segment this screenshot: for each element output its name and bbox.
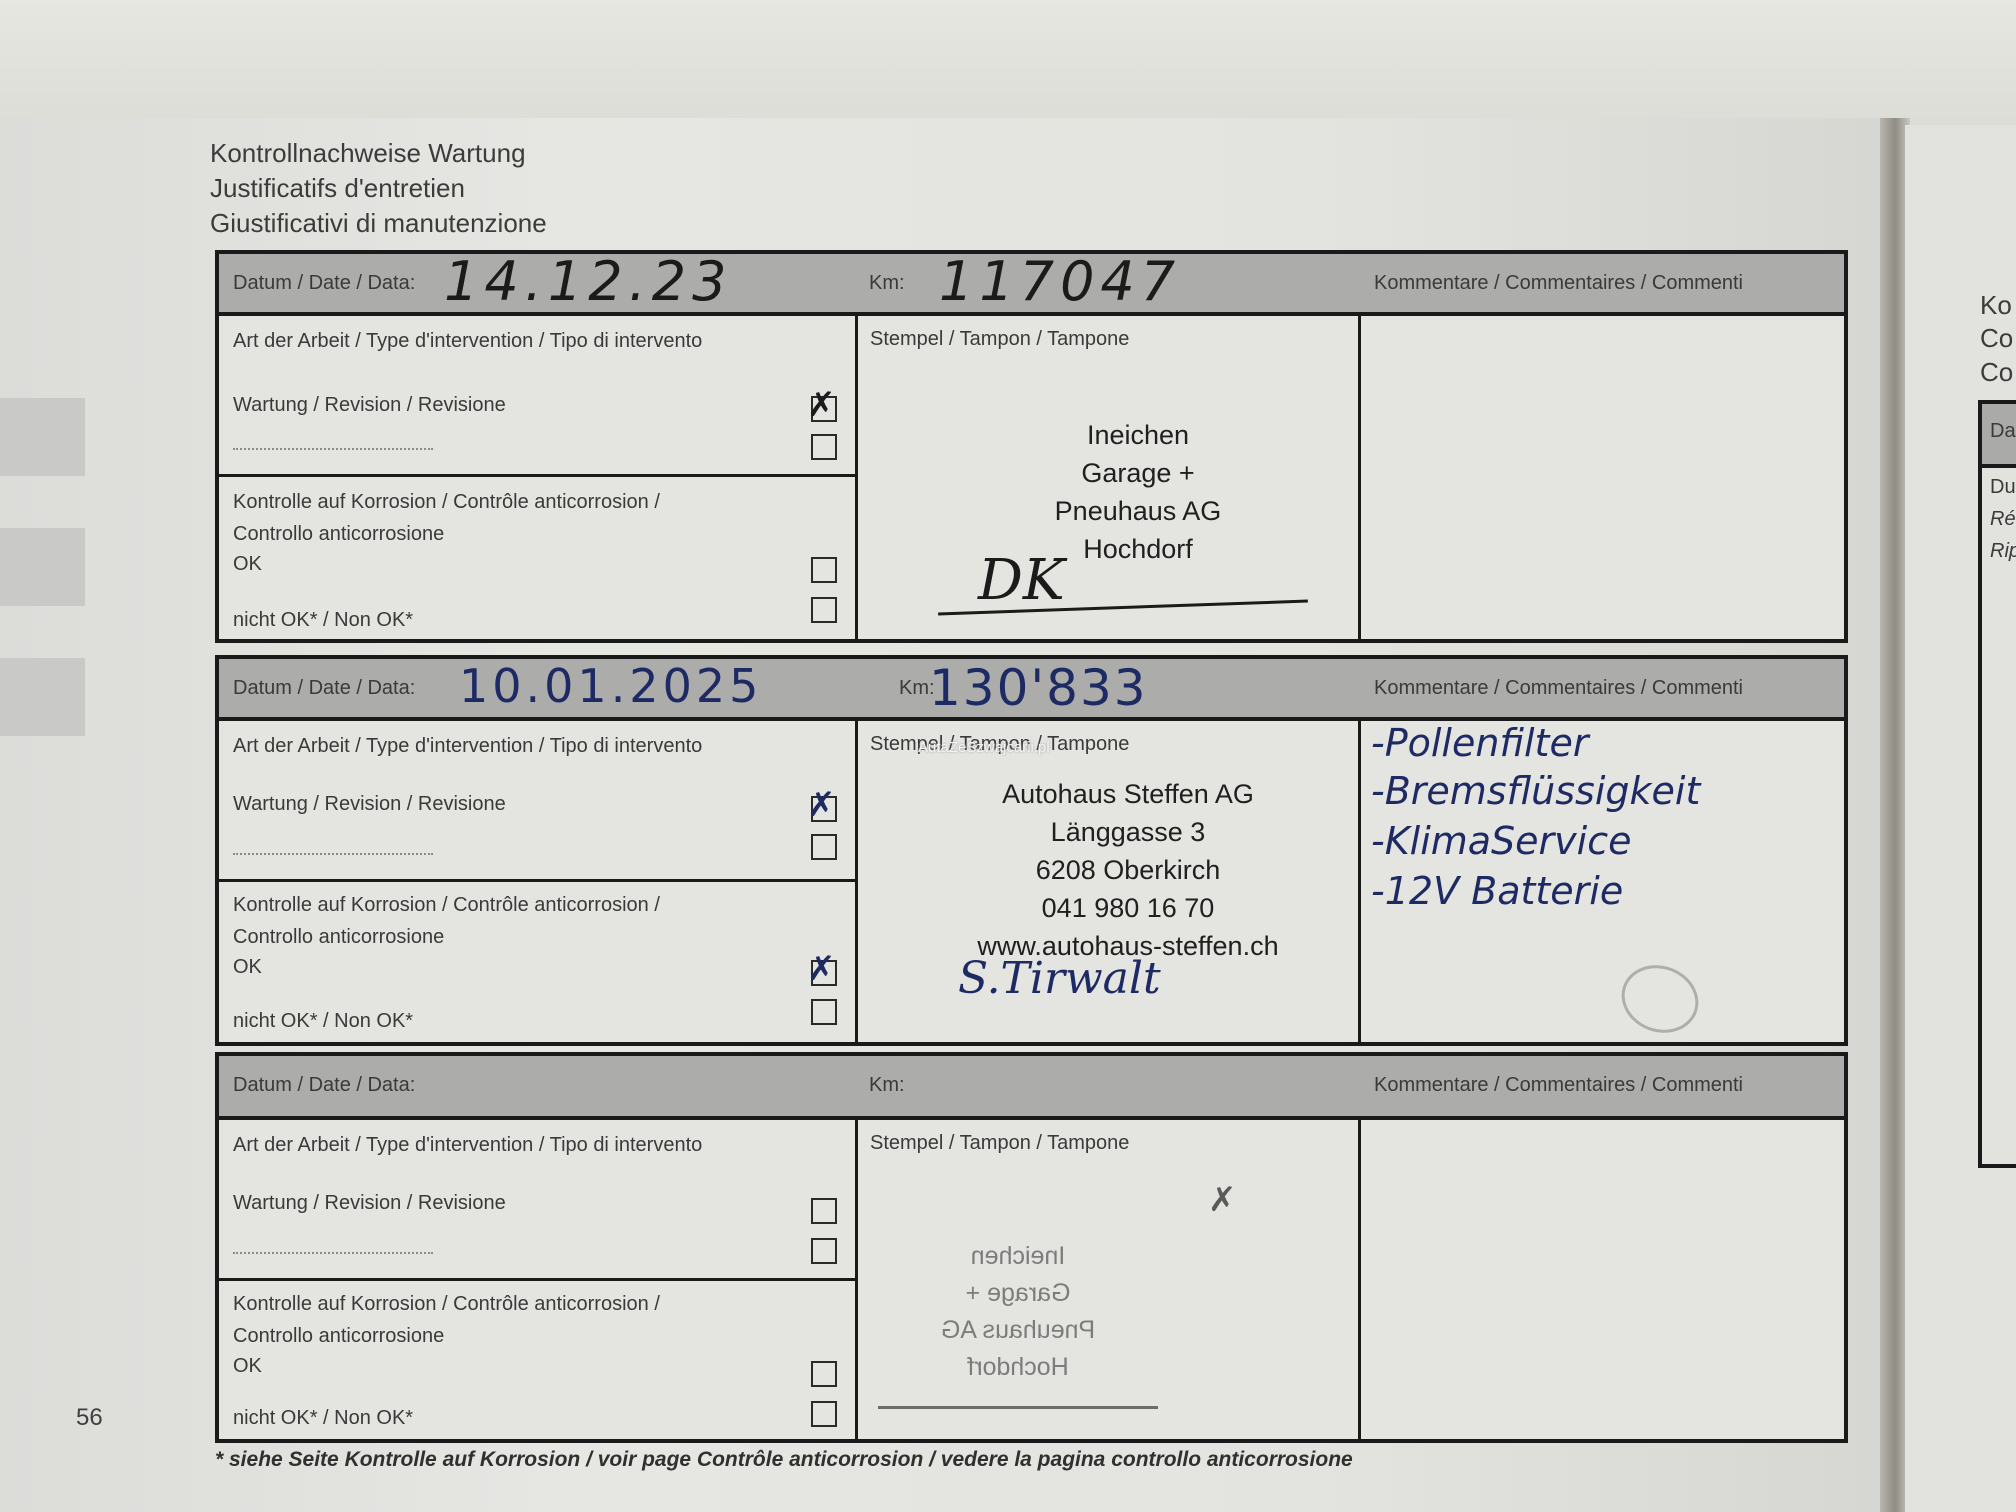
work-type-block: Art der Arbeit / Type d'intervention / T… <box>219 721 855 882</box>
service-checkbox[interactable]: ✗ <box>811 396 837 422</box>
date-value[interactable]: 14.12.23 <box>444 250 732 313</box>
corrosion-label-it: Controllo anticorrosione <box>233 1325 444 1348</box>
comments-label: Kommentare / Commentaires / Commenti <box>1374 272 1743 295</box>
signature: DK <box>978 548 1065 613</box>
dotted-fill-line <box>233 1252 433 1254</box>
corrosion-not-ok-checkbox[interactable] <box>811 1401 837 1427</box>
check-mark-icon: ✗ <box>807 788 836 822</box>
workshop-stamp: Autohaus Steffen AG Länggasse 3 6208 Obe… <box>898 775 1358 965</box>
comments-column[interactable] <box>1361 316 1844 639</box>
comments-label: Kommentare / Commentaires / Commenti <box>1374 677 1743 700</box>
right-page-body-fragment: Du Ré Rip <box>1978 464 2016 1168</box>
check-mark-icon: ✗ <box>807 952 836 986</box>
ok-label: OK <box>233 1355 262 1378</box>
service-label: Wartung / Revision / Revisione <box>233 394 506 417</box>
table-surface <box>0 0 2016 125</box>
corrosion-ok-checkbox[interactable] <box>811 557 837 583</box>
ghost-mark-icon: ✗ <box>1208 1180 1237 1220</box>
service-checkbox[interactable]: ✗ <box>811 796 837 822</box>
service-label: Wartung / Revision / Revisione <box>233 1192 506 1215</box>
corrosion-label: Kontrolle auf Korrosion / Contrôle antic… <box>233 894 660 917</box>
corrosion-label-it: Controllo anticorrosione <box>233 523 444 546</box>
corrosion-label: Kontrolle auf Korrosion / Contrôle antic… <box>233 1293 660 1316</box>
entry-header: Datum / Date / Data: 14.12.23 Km: 117047… <box>219 254 1844 316</box>
date-label: Datum / Date / Data: <box>233 677 415 700</box>
footnote: * siehe Seite Kontrolle auf Korrosion / … <box>215 1448 1353 1472</box>
edge-tab-marker <box>0 658 85 736</box>
signature: S.Tirwalt <box>958 953 1161 1004</box>
km-label: Km: <box>869 1074 905 1097</box>
document-title-it: Giustificativi di manutenzione <box>210 208 547 239</box>
corrosion-label: Kontrolle auf Korrosion / Contrôle antic… <box>233 491 660 514</box>
service-extra-checkbox[interactable] <box>811 834 837 860</box>
edge-tab-marker <box>0 398 85 476</box>
corrosion-not-ok-checkbox[interactable] <box>811 999 837 1025</box>
date-label: Datum / Date / Data: <box>233 1074 415 1097</box>
corrosion-block: Kontrolle auf Korrosion / Contrôle antic… <box>219 477 855 639</box>
comment-item: -Bremsflüssigkeit <box>1371 769 1700 813</box>
service-checkbox[interactable] <box>811 1198 837 1224</box>
not-ok-label: nicht OK* / Non OK* <box>233 609 413 632</box>
corrosion-label-it: Controllo anticorrosione <box>233 926 444 949</box>
check-mark-icon: ✗ <box>807 388 836 422</box>
date-label: Datum / Date / Data: <box>233 272 415 295</box>
edge-tab-marker <box>0 528 85 606</box>
ok-label: OK <box>233 553 262 576</box>
corrosion-not-ok-checkbox[interactable] <box>811 597 837 623</box>
service-label: Wartung / Revision / Revisione <box>233 793 506 816</box>
stamp-column: Stempel / Tampon / Tampone Ineichen Gara… <box>858 1120 1361 1439</box>
ghost-stamp-imprint: Ineichen Garage + Pneuhaus AG Hochdorf <box>678 1238 1358 1386</box>
right-page-title-fragment: Co <box>1980 323 2013 354</box>
page-number: 56 <box>76 1404 103 1432</box>
stamp-label: Stempel / Tampon / Tampone <box>870 1132 1129 1155</box>
maintenance-entry-3: Datum / Date / Data: Km: Kommentare / Co… <box>215 1052 1848 1443</box>
work-type-label: Art der Arbeit / Type d'intervention / T… <box>233 1134 702 1157</box>
work-type-label: Art der Arbeit / Type d'intervention / T… <box>233 735 702 758</box>
stamp-column: Stempel / Tampon / Tampone Ineichen Gara… <box>858 316 1361 639</box>
corrosion-ok-checkbox[interactable]: ✗ <box>811 960 837 986</box>
workshop-stamp: Ineichen Garage + Pneuhaus AG Hochdorf <box>918 416 1358 568</box>
comment-item: -Pollenfilter <box>1371 721 1588 765</box>
maintenance-entry-2: Datum / Date / Data: 10.01.2025 Km: 130'… <box>215 655 1848 1046</box>
work-type-column: Art der Arbeit / Type d'intervention / T… <box>219 721 858 1042</box>
work-type-column: Art der Arbeit / Type d'intervention / T… <box>219 316 858 639</box>
km-label: Km: <box>869 272 905 295</box>
work-type-label: Art der Arbeit / Type d'intervention / T… <box>233 330 702 353</box>
dotted-fill-line <box>233 853 433 855</box>
dotted-fill-line <box>233 448 433 450</box>
work-type-block: Art der Arbeit / Type d'intervention / T… <box>219 316 855 477</box>
ghost-signature-stroke <box>878 1406 1158 1409</box>
document-title-fr: Justificatifs d'entretien <box>210 173 465 204</box>
right-page-header-fragment: Da <box>1978 400 2016 468</box>
entry-header: Datum / Date / Data: Km: Kommentare / Co… <box>219 1056 1844 1120</box>
comment-item: -KlimaService <box>1371 819 1632 863</box>
comments-label: Kommentare / Commentaires / Commenti <box>1374 1074 1743 1097</box>
km-value[interactable]: 117047 <box>939 250 1181 313</box>
not-ok-label: nicht OK* / Non OK* <box>233 1010 413 1033</box>
stamp-column: Stempel / Tampon / Tampone AutaZeSzwajca… <box>858 721 1361 1042</box>
comment-item: -12V Batterie <box>1371 869 1623 913</box>
watermark: AutaZeSzwajcarii.pl <box>918 739 1050 756</box>
entry-header: Datum / Date / Data: 10.01.2025 Km: 130'… <box>219 659 1844 721</box>
right-page-title-fragment: Co <box>1980 357 2013 388</box>
comments-column[interactable] <box>1361 1120 1844 1439</box>
document-title-de: Kontrollnachweise Wartung <box>210 138 526 169</box>
date-value[interactable]: 10.01.2025 <box>459 659 762 713</box>
stamp-label: Stempel / Tampon / Tampone <box>870 328 1129 351</box>
booklet-page-right: Ko Co Co Da Du Ré Rip <box>1905 125 2016 1512</box>
not-ok-label: nicht OK* / Non OK* <box>233 1407 413 1430</box>
service-extra-checkbox[interactable] <box>811 434 837 460</box>
right-page-title-fragment: Ko <box>1980 290 2012 321</box>
corrosion-block: Kontrolle auf Korrosion / Contrôle antic… <box>219 882 855 1042</box>
km-value[interactable]: 130'833 <box>929 659 1148 717</box>
ok-label: OK <box>233 956 262 979</box>
coffee-stain <box>1612 955 1708 1044</box>
comments-column[interactable]: -Pollenfilter -Bremsflüssigkeit -KlimaSe… <box>1361 721 1844 1042</box>
maintenance-entry-1: Datum / Date / Data: 14.12.23 Km: 117047… <box>215 250 1848 643</box>
